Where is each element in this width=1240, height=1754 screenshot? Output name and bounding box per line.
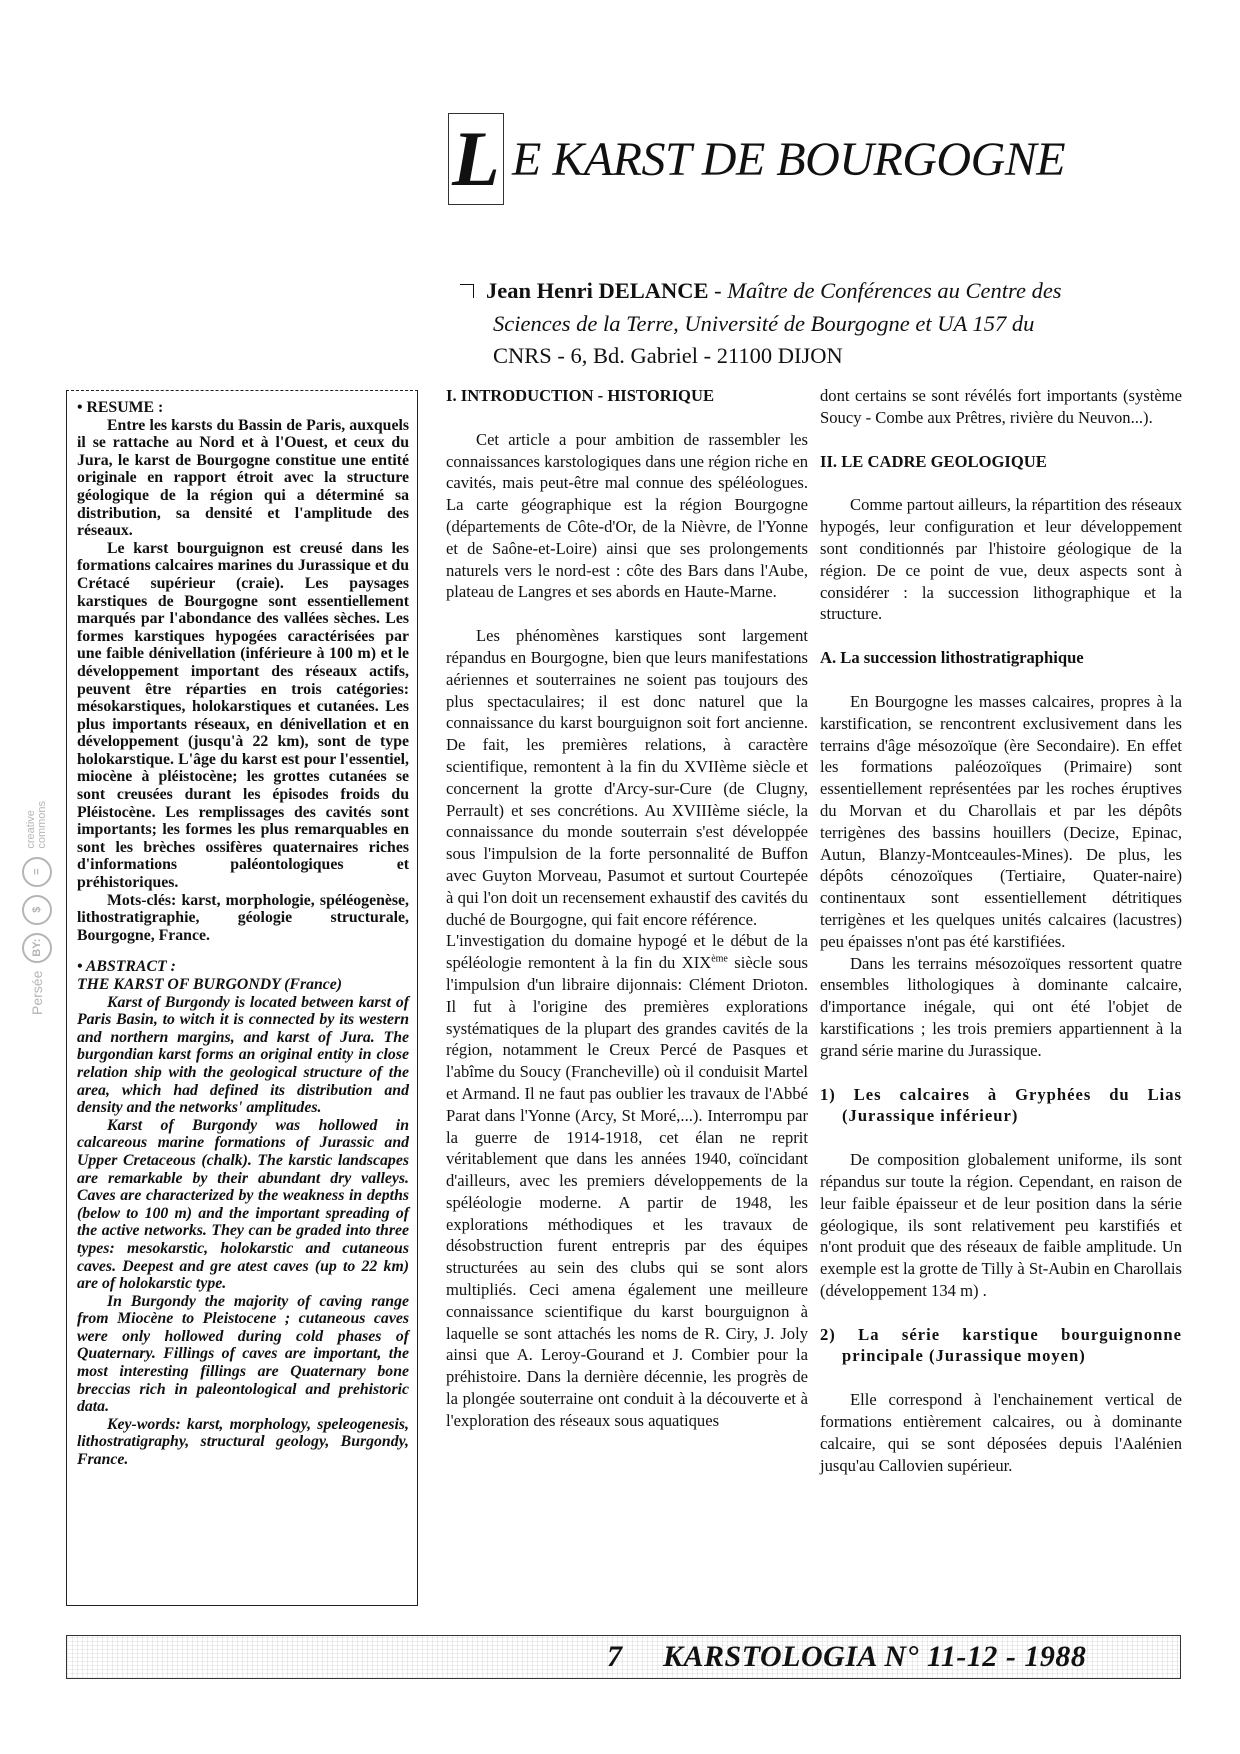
body-paragraph: Cet article a pour ambition de rassemble… (446, 429, 808, 603)
body-paragraph: De composition globalement uniforme, ils… (820, 1149, 1182, 1302)
page-footer: 7 KARSTOLOGIA N° 11-12 - 1988 (66, 1635, 1181, 1679)
body-paragraph: Les phénomènes karstiques sont largement… (446, 625, 808, 930)
body-paragraph: Elle correspond à l'enchainement vertica… (820, 1389, 1182, 1476)
page-number: 7 (607, 1640, 622, 1674)
persee-label: Persée (29, 971, 45, 1015)
cc-noderivatives-icon: = (22, 857, 52, 887)
dropcap-box: L (448, 113, 504, 205)
abstract-box: • RESUME : Entre les karsts du Bassin de… (66, 390, 418, 1606)
square-bullet-icon (460, 284, 474, 298)
cc-by-icon: BY: (22, 933, 52, 963)
section-heading-geologie: II. LE CADRE GEOLOGIQUE (820, 451, 1182, 473)
abstract-keywords: Key-words: karst, morphology, speleogene… (77, 1416, 409, 1469)
dropcap-letter: L (452, 120, 500, 198)
abstract-paragraph: Karst of Burgondy was hollowed in calcar… (77, 1117, 409, 1293)
abstract-title: THE KARST OF BURGONDY (France) (77, 976, 409, 994)
abstract-paragraph: Karst of Burgondy is located between kar… (77, 994, 409, 1117)
subsection-heading-lithostratigraphie: A. La succession lithostratigraphique (820, 647, 1182, 669)
affiliation-line-1: Maître de Conférences au Centre des (727, 278, 1061, 303)
creative-commons-label: creative commons (26, 801, 48, 849)
resume-paragraph: Le karst bourguignon est creusé dans les… (77, 540, 409, 892)
column-middle: I. INTRODUCTION - HISTORIQUE Cet article… (446, 385, 808, 1432)
journal-reference: KARSTOLOGIA N° 11-12 - 1988 (663, 1640, 1086, 1674)
abstract-heading: • ABSTRACT : (77, 958, 409, 976)
body-paragraph: En Bourgogne les masses calcaires, propr… (820, 691, 1182, 953)
body-paragraph-continuation: dont certains se sont révélés fort impor… (820, 385, 1182, 429)
article-title: L E KARST DE BOURGOGNE (448, 112, 1065, 206)
body-paragraph: Comme partout ailleurs, la répartition d… (820, 494, 1182, 625)
author-name: Jean Henri DELANCE (486, 278, 709, 303)
item-heading-lias: 1) Les calcaires à Gryphées du Lias (Jur… (820, 1084, 1182, 1128)
abstract-paragraph: In Burgondy the majority of caving range… (77, 1293, 409, 1416)
column-right: dont certains se sont révélés fort impor… (820, 385, 1182, 1476)
license-watermark: Persée BY: $ = creative commons (22, 801, 52, 1015)
body-paragraph: Dans les terrains mésozoïques ressortent… (820, 953, 1182, 1062)
item-heading-jurassique-moyen: 2) La série karstique bourguignonne prin… (820, 1324, 1182, 1368)
affiliation-line-2: Sciences de la Terre, Université de Bour… (493, 311, 1034, 336)
resume-keywords: Mots-clés: karst, morphologie, spéléogen… (77, 892, 409, 945)
title-text: E KARST DE BOURGOGNE (512, 132, 1065, 187)
resume-paragraph: Entre les karsts du Bassin de Paris, aux… (77, 417, 409, 540)
author-block: Jean Henri DELANCE - Maître de Conférenc… (460, 275, 1180, 373)
body-paragraph: L'investigation du domaine hypogé et le … (446, 930, 808, 1431)
author-separator: - (709, 278, 728, 303)
resume-heading: • RESUME : (77, 399, 409, 417)
author-address: CNRS - 6, Bd. Gabriel - 21100 DIJON (493, 343, 843, 368)
cc-noncommercial-icon: $ (22, 895, 52, 925)
section-heading-introduction: I. INTRODUCTION - HISTORIQUE (446, 385, 808, 407)
